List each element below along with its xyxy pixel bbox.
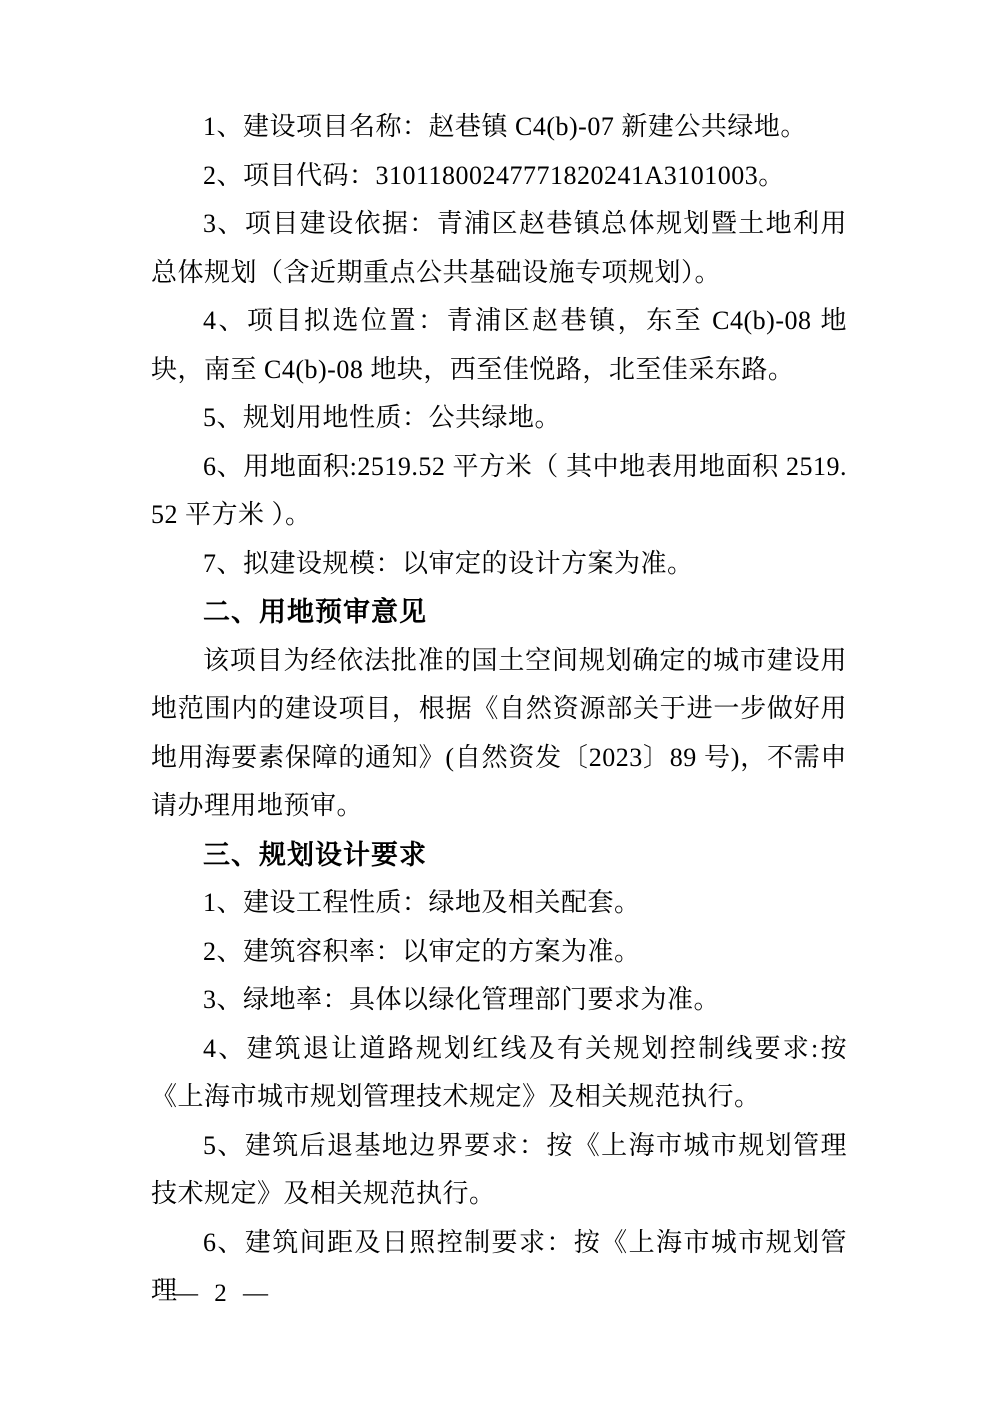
- section-heading: 二、用地预审意见: [151, 588, 847, 637]
- paragraph: 4、项目拟选位置：青浦区赵巷镇，东至 C4(b)-08 地块，南至 C4(b)-…: [151, 297, 847, 394]
- paragraph: 5、规划用地性质：公共绿地。: [151, 394, 847, 443]
- document-page: 1、建设项目名称：赵巷镇 C4(b)-07 新建公共绿地。2、项目代码：3101…: [0, 0, 992, 1403]
- paragraph: 3、绿地率：具体以绿化管理部门要求为准。: [151, 976, 847, 1025]
- paragraph: 2、项目代码：31011800247771820241A3101003。: [151, 152, 847, 201]
- paragraph: 2、建筑容积率：以审定的方案为准。: [151, 928, 847, 977]
- page-number: — 2 —: [173, 1280, 273, 1308]
- paragraph: 3、项目建设依据：青浦区赵巷镇总体规划暨土地利用总体规划（含近期重点公共基础设施…: [151, 200, 847, 297]
- paragraph: 1、建设项目名称：赵巷镇 C4(b)-07 新建公共绿地。: [151, 103, 847, 152]
- paragraph: 4、建筑退让道路规划红线及有关规划控制线要求:按《上海市城市规划管理技术规定》及…: [151, 1025, 847, 1122]
- paragraph: 该项目为经依法批准的国土空间规划确定的城市建设用地范围内的建设项目，根据《自然资…: [151, 637, 847, 831]
- paragraph: 7、拟建设规模：以审定的设计方案为准。: [151, 540, 847, 589]
- section-heading: 三、规划设计要求: [151, 831, 847, 880]
- paragraph: 5、建筑后退基地边界要求：按《上海市城市规划管理技术规定》及相关规范执行。: [151, 1122, 847, 1219]
- paragraph: 6、用地面积:2519.52 平方米（ 其中地表用地面积 2519.52 平方米…: [151, 443, 847, 540]
- document-body: 1、建设项目名称：赵巷镇 C4(b)-07 新建公共绿地。2、项目代码：3101…: [151, 103, 847, 1316]
- paragraph: 1、建设工程性质：绿地及相关配套。: [151, 879, 847, 928]
